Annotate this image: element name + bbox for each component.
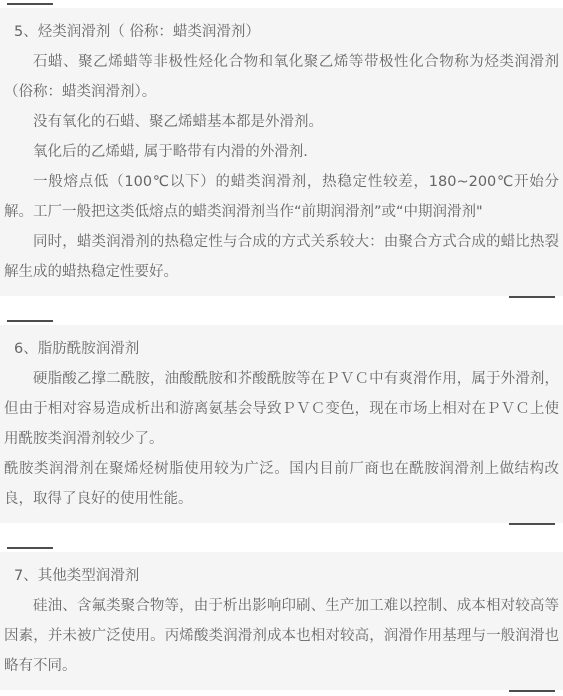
paragraph: 氧化后的乙烯蜡, 属于略带有内滑的外滑剂. <box>4 137 559 167</box>
paragraph: 硬脂酸乙撑二酰胺，油酸酰胺和芥酸酰胺等在ＰＶＣ中有爽滑作用，属于外滑剂，但由于相… <box>4 364 559 454</box>
section-fatty-amide-lubricants: 6、脂肪酰胺润滑剂 硬脂酸乙撑二酰胺，油酸酰胺和芥酸酰胺等在ＰＶＣ中有爽滑作用，… <box>0 320 563 525</box>
document-page: 5、烃类润滑剂（ 俗称：蜡类润滑剂） 石蜡、聚乙烯蜡等非极性烃化合物和氧化聚乙烯… <box>0 3 563 692</box>
section-break-line <box>7 3 53 5</box>
paragraph: 同时，蜡类润滑剂的热稳定性与合成的方式关系较大：由聚合方式合成的蜡比热裂解生成的… <box>4 227 559 287</box>
section-break-line <box>7 320 53 322</box>
section-block: 7、其他类型润滑剂 硅油、含氟类聚合物等，由于析出影响印刷、生产加工难以控制、成… <box>0 552 563 690</box>
section-break-line <box>509 523 555 525</box>
section-break-line <box>509 296 555 298</box>
section-title: 6、脂肪酰胺润滑剂 <box>4 334 559 364</box>
paragraph: 没有氧化的石蜡、聚乙烯蜡基本都是外滑剂。 <box>4 107 559 137</box>
section-hydrocarbon-lubricants: 5、烃类润滑剂（ 俗称：蜡类润滑剂） 石蜡、聚乙烯蜡等非极性烃化合物和氧化聚乙烯… <box>0 3 563 298</box>
paragraph: 硅油、含氟类聚合物等，由于析出影响印刷、生产加工难以控制、成本相对较高等因素，并… <box>4 591 559 681</box>
section-block: 5、烃类润滑剂（ 俗称：蜡类润滑剂） 石蜡、聚乙烯蜡等非极性烃化合物和氧化聚乙烯… <box>0 8 563 296</box>
section-title: 5、烃类润滑剂（ 俗称：蜡类润滑剂） <box>4 17 559 47</box>
section-break-line <box>7 547 53 549</box>
section-break-line <box>509 690 555 692</box>
paragraph: 酰胺类润滑剂在聚烯烃树脂使用较为广泛。国内目前厂商也在酰胺润滑剂上做结构改良，取… <box>4 454 559 514</box>
paragraph: 石蜡、聚乙烯蜡等非极性烃化合物和氧化聚乙烯等带极性化合物称为烃类润滑剂（俗称：蜡… <box>4 47 559 107</box>
section-other-lubricants: 7、其他类型润滑剂 硅油、含氟类聚合物等，由于析出影响印刷、生产加工难以控制、成… <box>0 547 563 692</box>
section-block: 6、脂肪酰胺润滑剂 硬脂酸乙撑二酰胺，油酸酰胺和芥酸酰胺等在ＰＶＣ中有爽滑作用，… <box>0 325 563 523</box>
section-title: 7、其他类型润滑剂 <box>4 561 559 591</box>
paragraph: 一般熔点低（100℃以下）的蜡类润滑剂，热稳定性较差，180~200℃开始分解。… <box>4 167 559 227</box>
